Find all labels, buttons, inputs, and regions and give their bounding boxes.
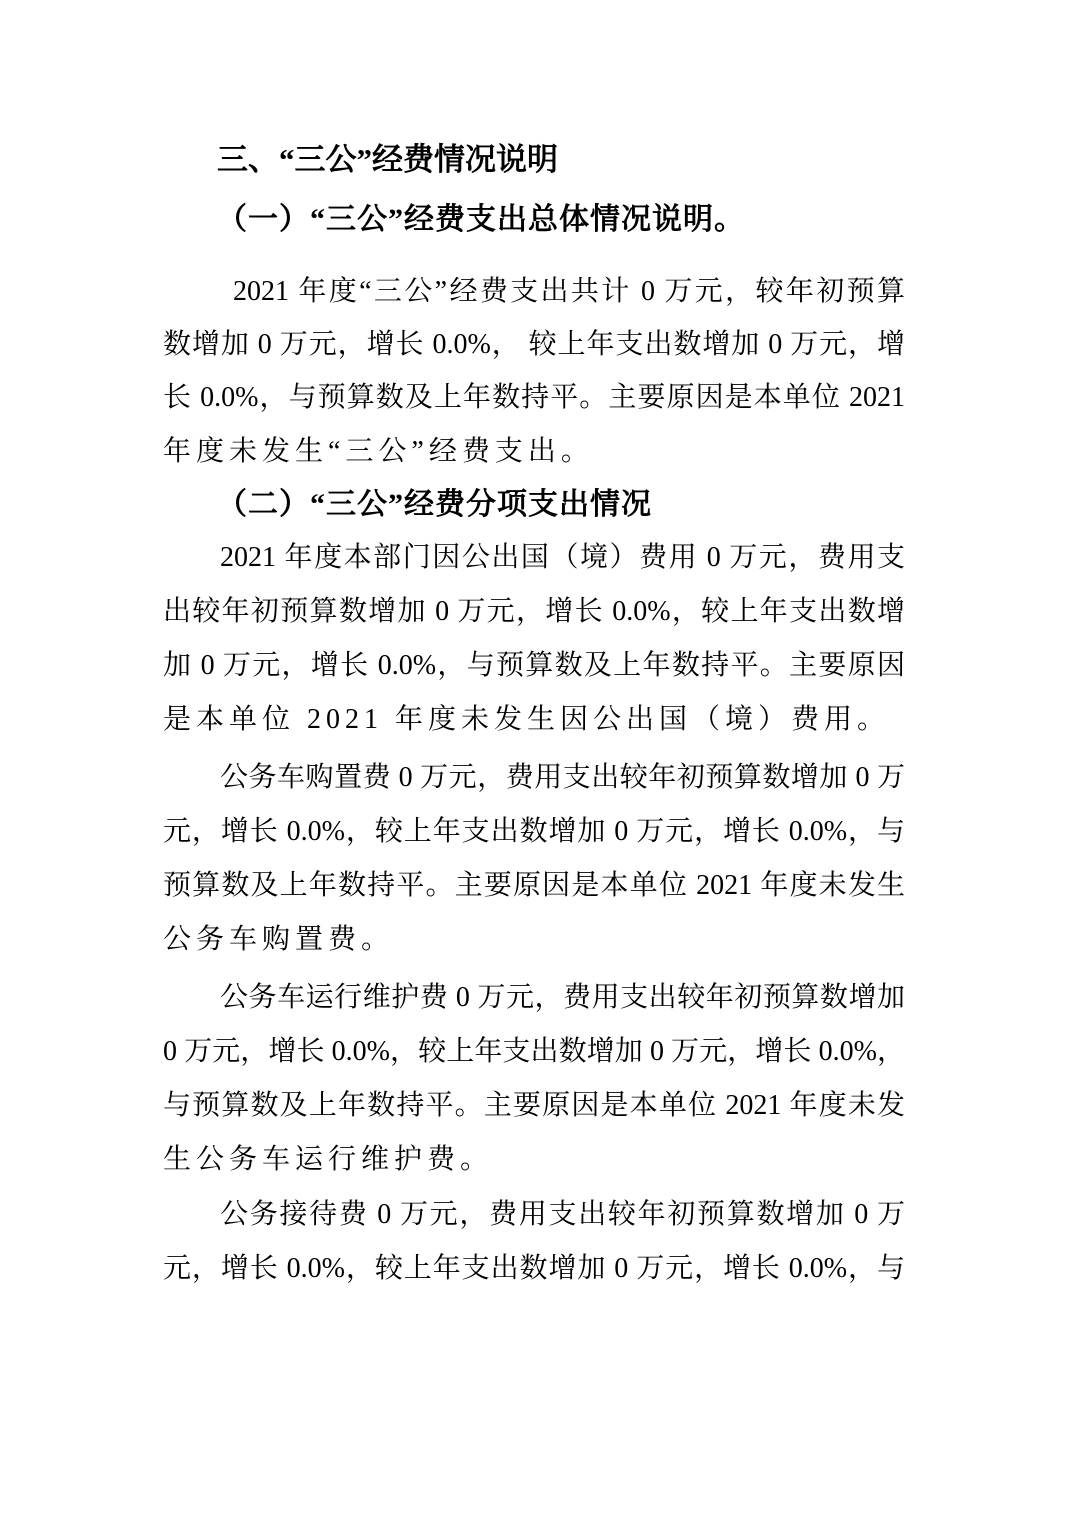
paragraph-abroad-line-4: 是本单位 2021 年度未发生因公出国（境）费用。 xyxy=(163,693,905,747)
paragraph-vehicle-maintenance-line-2: 0 万元，增长 0.0%，较上年支出数增加 0 万元，增长 0.0%， xyxy=(163,1025,905,1079)
paragraph-total-line-4: 年度未发生“三公”经费支出。 xyxy=(163,425,905,479)
paragraph-total-line-3: 长 0.0%，与预算数及上年数持平。主要原因是本单位 2021 xyxy=(163,371,905,425)
paragraph-reception-line-2: 元，增长 0.0%，较上年支出数增加 0 万元，增长 0.0%，与 xyxy=(163,1242,905,1296)
paragraph-abroad-line-2: 出较年初预算数增加 0 万元，增长 0.0%，较上年支出数增 xyxy=(163,585,905,639)
document-page: 三、“三公”经费情况说明 （一）“三公”经费支出总体情况说明。 2021 年度“… xyxy=(0,0,1075,1521)
paragraph-abroad-line-3: 加 0 万元，增长 0.0%，与预算数及上年数持平。主要原因 xyxy=(163,639,905,693)
paragraph-vehicle-maintenance-line-4: 生公务车运行维护费。 xyxy=(163,1133,905,1187)
paragraph-vehicle-purchase-line-3: 预算数及上年数持平。主要原因是本单位 2021 年度未发生 xyxy=(163,859,905,913)
paragraph-vehicle-maintenance-line-1: 公务车运行维护费 0 万元，费用支出较年初预算数增加 xyxy=(163,971,905,1025)
subheading-overall-spending: （一）“三公”经费支出总体情况说明。 xyxy=(163,193,905,247)
paragraph-vehicle-purchase-line-1: 公务车购置费 0 万元，费用支出较年初预算数增加 0 万 xyxy=(163,751,905,805)
paragraph-abroad-line-1: 2021 年度本部门因公出国（境）费用 0 万元，费用支 xyxy=(163,531,905,585)
paragraph-total-line-1: 2021 年度“三公”经费支出共计 0 万元，较年初预算 xyxy=(163,265,905,319)
paragraph-vehicle-maintenance-line-3: 与预算数及上年数持平。主要原因是本单位 2021 年度未发 xyxy=(163,1079,905,1133)
subheading-itemized-spending: （二）“三公”经费分项支出情况 xyxy=(163,478,905,532)
heading-three-public-expenses: 三、“三公”经费情况说明 xyxy=(163,133,905,187)
paragraph-vehicle-purchase-line-2: 元，增长 0.0%，较上年支出数增加 0 万元，增长 0.0%，与 xyxy=(163,805,905,859)
paragraph-reception-line-1: 公务接待费 0 万元，费用支出较年初预算数增加 0 万 xyxy=(163,1188,905,1242)
paragraph-total-line-2: 数增加 0 万元，增长 0.0%， 较上年支出数增加 0 万元，增 xyxy=(163,318,905,372)
paragraph-vehicle-purchase-line-4: 公务车购置费。 xyxy=(163,913,905,967)
